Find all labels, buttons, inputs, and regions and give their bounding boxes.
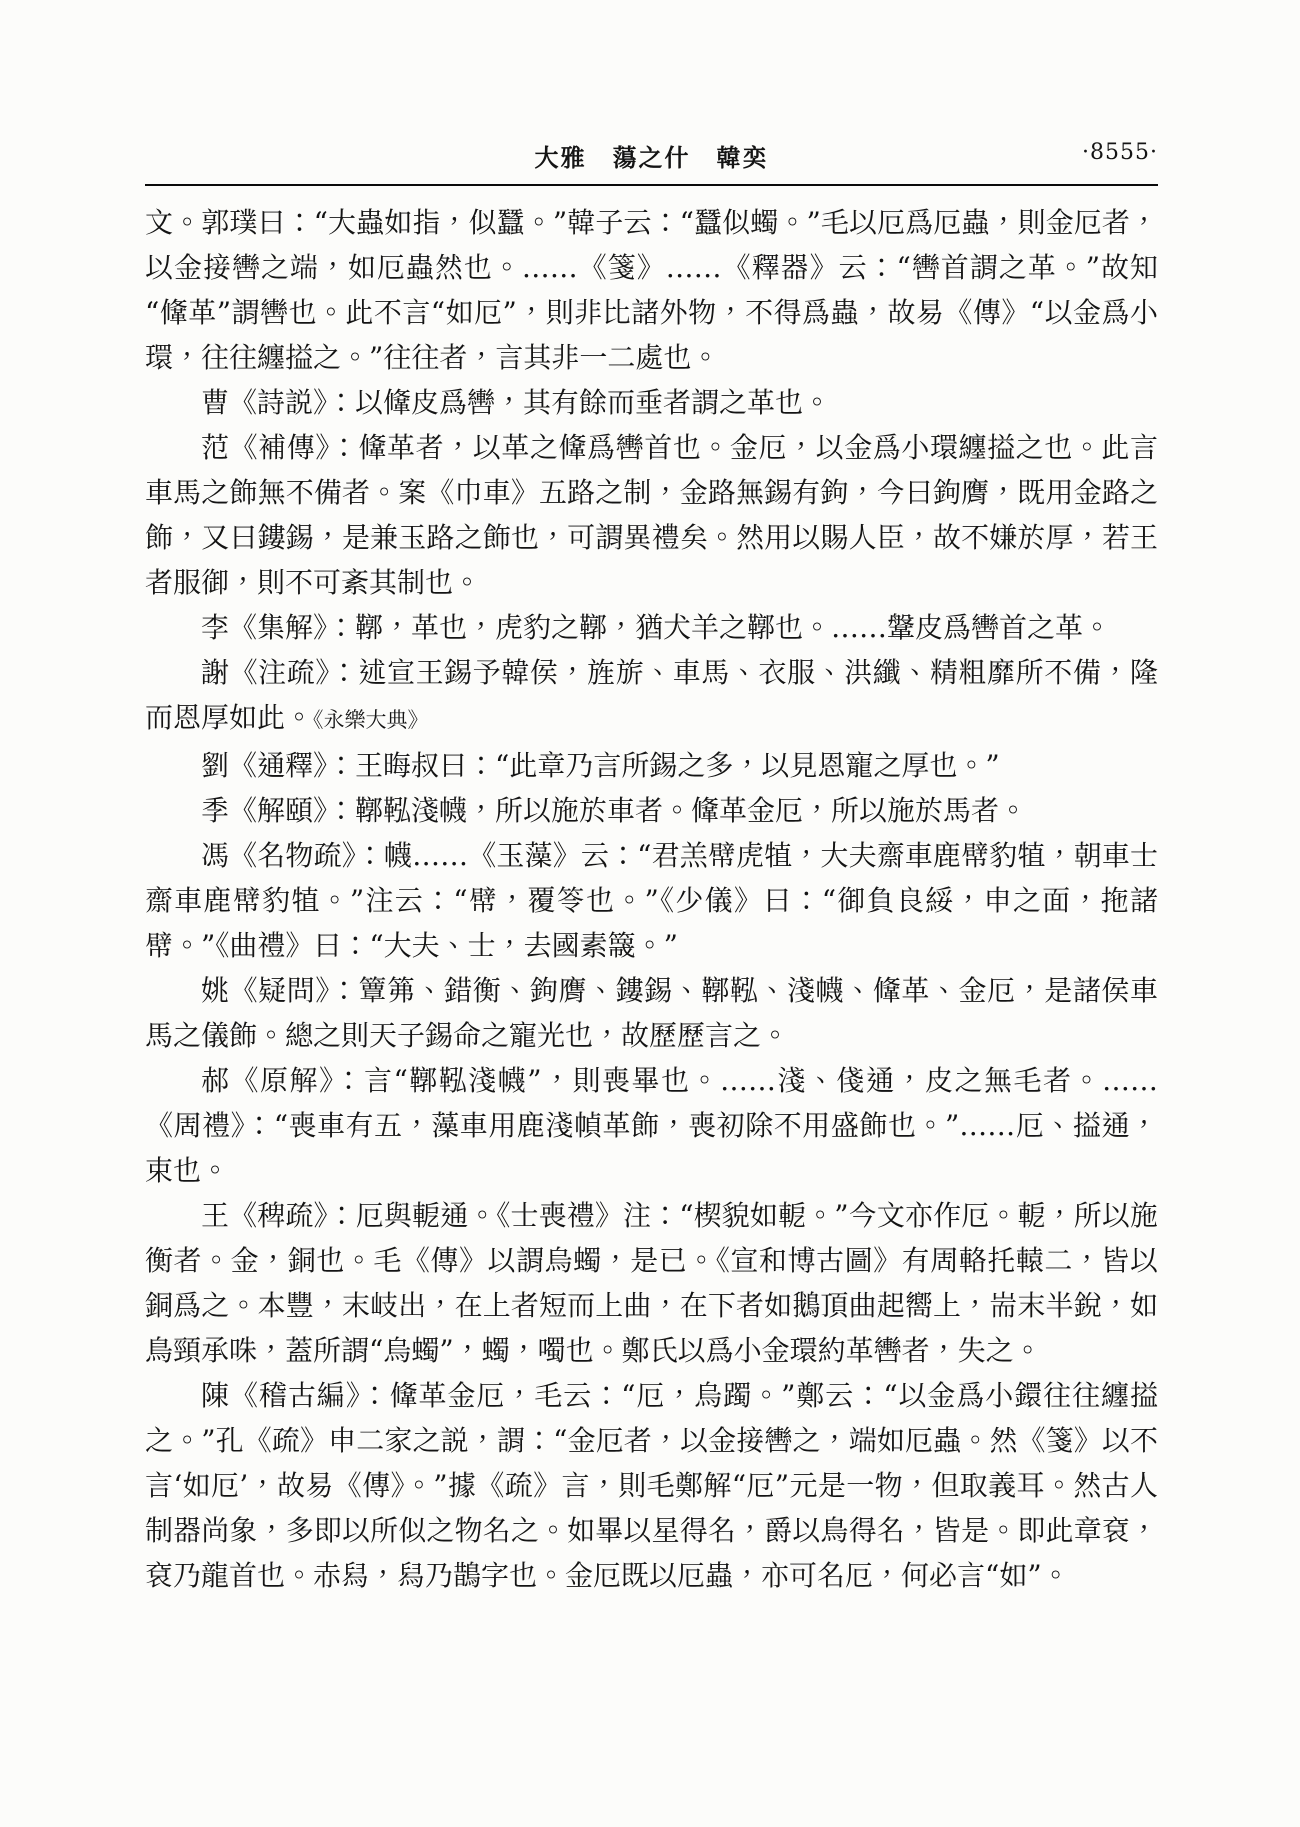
paragraph-ji-jieyi: 季《解頤》：鞹鞃淺幭，所以施於車者。鞗革金厄，所以施於馬者。 bbox=[145, 788, 1158, 833]
source-annotation: 《永樂大典》 bbox=[313, 708, 429, 732]
paragraph-text: 郝《原解》：言“鞹鞃淺幭”，則喪畢也。……淺、俴通，皮之無毛者。……《周禮》：“… bbox=[145, 1064, 1158, 1187]
commentary-text: 文。郭璞曰：“大蟲如指，似蠶。”韓子云：“蠶似蠋。”毛以厄爲厄蟲，則金厄者，以金… bbox=[145, 200, 1158, 1598]
paragraph-text: 曹《詩説》：以鞗皮爲轡，其有餘而垂者謂之革也。 bbox=[201, 386, 831, 419]
paragraph-text: 劉《通釋》：王晦叔曰：“此章乃言所錫之多，以見恩寵之厚也。” bbox=[201, 749, 1000, 782]
page-number: ·8555· bbox=[1082, 140, 1158, 165]
paragraph-fan-buzhuan: 范《補傳》：鞗革者，以革之鞗爲轡首也。金厄，以金爲小環纏搤之也。此言車馬之飾無不… bbox=[145, 425, 1158, 605]
paragraph-text: 謝《注疏》：述宣王錫予韓侯，旌旂、車馬、衣服、洪纖、精粗靡所不備，隆而恩厚如此。 bbox=[145, 656, 1158, 734]
paragraph-xie-zhushu: 謝《注疏》：述宣王錫予韓侯，旌旂、車馬、衣服、洪纖、精粗靡所不備，隆而恩厚如此。… bbox=[145, 650, 1158, 743]
paragraph-chen-jigubian: 陳《稽古編》：鞗革金厄，毛云：“厄，烏躅。”鄭云：“以金爲小鐶往往纏搤之。”孔《… bbox=[145, 1373, 1158, 1598]
running-head: 大雅 蕩之什 韓奕 ·8555· bbox=[145, 130, 1158, 176]
paragraph-text: 馮《名物疏》：幭……《玉藻》云：“君羔幦虎犆，大夫齋車鹿幦豹犆，朝車士齋車鹿幦豹… bbox=[145, 839, 1158, 962]
paragraph-cao-shishuo: 曹《詩説》：以鞗皮爲轡，其有餘而垂者謂之革也。 bbox=[145, 380, 1158, 425]
paragraph-li-jijie: 李《集解》：鞹，革也，虎豹之鞹，猶犬羊之鞹也。……鞶皮爲轡首之革。 bbox=[145, 605, 1158, 650]
paragraph-continuation: 文。郭璞曰：“大蟲如指，似蠶。”韓子云：“蠶似蠋。”毛以厄爲厄蟲，則金厄者，以金… bbox=[145, 200, 1158, 380]
paragraph-text: 陳《稽古編》：鞗革金厄，毛云：“厄，烏躅。”鄭云：“以金爲小鐶往往纏搤之。”孔《… bbox=[145, 1379, 1158, 1592]
paragraph-text: 姚《疑問》：簟笰、錯衡、鉤膺、鏤錫、鞹鞃、淺幭、鞗革、金厄，是諸侯車馬之儀飾。總… bbox=[145, 974, 1158, 1052]
paragraph-text: 季《解頤》：鞹鞃淺幭，所以施於車者。鞗革金厄，所以施於馬者。 bbox=[201, 794, 1027, 827]
paragraph-text: 李《集解》：鞹，革也，虎豹之鞹，猶犬羊之鞹也。……鞶皮爲轡首之革。 bbox=[201, 611, 1111, 644]
chapter-title: 大雅 蕩之什 韓奕 bbox=[145, 138, 1158, 173]
paragraph-hao-yuanjie: 郝《原解》：言“鞹鞃淺幭”，則喪畢也。……淺、俴通，皮之無毛者。……《周禮》：“… bbox=[145, 1058, 1158, 1193]
paragraph-feng-mingwushu: 馮《名物疏》：幭……《玉藻》云：“君羔幦虎犆，大夫齋車鹿幦豹犆，朝車士齋車鹿幦豹… bbox=[145, 833, 1158, 968]
paragraph-yao-yiwen: 姚《疑問》：簟笰、錯衡、鉤膺、鏤錫、鞹鞃、淺幭、鞗革、金厄，是諸侯車馬之儀飾。總… bbox=[145, 968, 1158, 1058]
paragraph-text: 范《補傳》：鞗革者，以革之鞗爲轡首也。金厄，以金爲小環纏搤之也。此言車馬之飾無不… bbox=[145, 431, 1158, 599]
paragraph-text: 王《稗疏》：厄與軶通。《士喪禮》注：“楔貌如軶。”今文亦作厄。軶，所以施衡者。金… bbox=[145, 1199, 1158, 1367]
paragraph-text: 文。郭璞曰：“大蟲如指，似蠶。”韓子云：“蠶似蠋。”毛以厄爲厄蟲，則金厄者，以金… bbox=[145, 206, 1158, 374]
scanned-page: 大雅 蕩之什 韓奕 ·8555· 文。郭璞曰：“大蟲如指，似蠶。”韓子云：“蠶似… bbox=[145, 130, 1158, 1598]
paragraph-wang-baishu: 王《稗疏》：厄與軶通。《士喪禮》注：“楔貌如軶。”今文亦作厄。軶，所以施衡者。金… bbox=[145, 1193, 1158, 1373]
header-rule bbox=[145, 184, 1158, 186]
paragraph-liu-tongshi: 劉《通釋》：王晦叔曰：“此章乃言所錫之多，以見恩寵之厚也。” bbox=[145, 743, 1158, 788]
